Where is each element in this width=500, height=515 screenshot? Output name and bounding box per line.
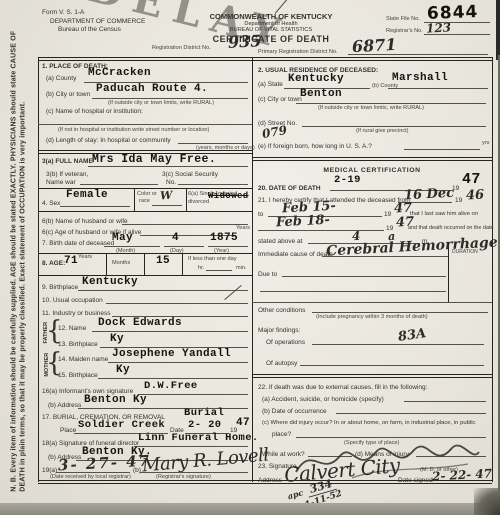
mother-name-value: Josephene Yandall [112,349,231,360]
scan-bottom-edge [0,503,500,515]
hospital-label: (c) Name of hospital or institution: [46,109,143,116]
date-of-death-value: 2-19 [334,175,361,186]
date-signed-value: 2- 22- 47 [432,467,493,482]
color-value: W [160,190,173,202]
marital-label-2: divorced [188,200,209,206]
hour-value: 4 [352,230,361,242]
less-than-day-label: If less than one day [188,257,237,263]
certificate-title: CERTIFICATE OF DEATH [196,35,346,44]
informant-signature-value: D.W.Free [144,381,198,392]
registrar-no-value: 123 [426,21,452,34]
stay-label: (d) Length of stay: In hospital or commu… [46,138,171,145]
birth-month-value: May [112,233,133,244]
birthplace-label: 9. Birthplace [42,285,78,292]
medical-certification-title: MEDICAL CERTIFICATION [252,168,492,175]
city-note: (If outside city or town limits, write R… [108,101,214,107]
ssn-no-label: No. [166,180,176,187]
mother-birthplace-label: 15. Birthplace [58,373,98,380]
duration-label: DURATION [452,250,478,255]
father-birthplace-value: Ky [110,334,124,345]
age-years-value: 71 [64,256,78,267]
due-to-label: Due to [258,272,277,279]
city-label: (b) City or town [46,92,90,99]
scan-corner-shadow [474,488,500,515]
date-of-death-label: 20. DATE OF DEATH [258,186,321,193]
reg-district-value: 935 [228,33,262,51]
birth-year-value: 1875 [210,233,238,244]
residence-state-value: Kentucky [288,74,344,85]
last-seen-value: Feb 18- [276,214,331,230]
birth-day-value: 4 [172,233,179,244]
state-file-label: State File No. [386,17,420,23]
street-no-value: 079 [261,124,288,140]
color-label-2: race [139,199,150,205]
sex-value: Female [66,190,108,201]
birthplace-value: Kentucky [82,277,138,288]
ssn-label: 3(c) Social Security [162,172,218,179]
attended-from-year: 46 [466,189,485,203]
annotation-pre: apc [286,487,304,501]
registrar-no-label: Registrar's No. [386,29,423,35]
war-label: Name war [46,180,76,187]
external-causes-title: 22. If death was due to external causes,… [258,385,427,392]
full-name-value: Mrs Ida May Free. [92,154,216,166]
county-value: McCracken [88,68,151,79]
other-conditions-note: (Include pregnancy within 3 months of de… [316,315,428,321]
city-value: Paducah Route 4. [96,84,208,95]
date-received-caption: (Date received by local registrar) [50,475,131,481]
external-b-label: (b) Date of occurrence [262,409,327,416]
external-c-label-2: place? [272,432,291,439]
to-label: to [258,212,263,219]
age-years-caption: Years [78,255,92,261]
last-saw-label: that I last saw him alive on [410,212,478,218]
mother-birthplace-value: Ky [116,365,130,376]
residence-city-note: (If outside city or town limits, write R… [318,106,424,112]
county-label: (a) County [46,76,76,83]
funeral-director-value: Linn Funeral Home. [138,433,259,444]
margin-instruction-note: N. B. Every item of information should b… [10,30,28,492]
primary-district-value: 6871 [352,37,397,55]
scan-right-edge-dark [496,0,500,60]
color-label-1: Color or [137,192,157,198]
burial-date-value: 2- 20 [188,420,222,431]
min-label: min. [236,266,247,272]
hospital-note: (If not in hospital or institution write… [58,128,209,134]
mother-name-label: 14. Maiden name [58,357,108,364]
autopsy-label: Of autopsy [266,361,297,368]
residence-city-value: Benton [300,89,342,100]
street-note: (If rural give precinct) [356,129,409,135]
from-pre19: 19 [455,198,462,205]
pencil-check [224,285,241,300]
registrar-signature-caption: (Registrar's signature) [156,475,211,481]
father-name-label: 12. Name [58,326,86,333]
residence-county-value: Marshall [392,73,448,84]
age-days-value: 15 [156,256,170,267]
operations-finding-value: 83A [397,327,427,344]
father-birthplace-label: 13. Birthplace [58,342,98,349]
bureau-line: Bureau of the Census [58,27,121,34]
external-c-label-1: (c) Where did injury occur? In or about … [262,421,475,427]
foreign-unit-label: yrs [482,141,489,147]
burial-year-value: 47 [236,418,250,429]
father-name-value: Dock Edwards [98,318,182,329]
veteran-label: 3(b) If veteran, [46,172,88,179]
hr-label: hr. [198,266,204,272]
commonwealth-title: COMMONWEALTH OF KENTUCKY [196,13,346,21]
physician-address-label: Address [258,478,282,485]
sex-label: 4. Sex [42,201,60,208]
death-certificate-scan: N. B. Every item of information should b… [0,0,500,515]
spouse-age-unit: Years [236,226,250,232]
other-conditions-label: Other conditions [258,308,305,315]
months-label: Months [112,261,130,267]
stated-above-label: stated above at [258,239,302,246]
informant-address-value: Benton Ky [84,395,147,406]
state-file-number-stamp: 6844 [427,4,479,23]
residence-state-label: (a) State [258,82,283,89]
vital-stats-line: BUREAU OF VITAL STATISTICS [196,28,346,34]
death-occurred-label: and that death occurred on the date [408,226,493,231]
age-label: 8. AGE: [42,261,65,268]
operations-label: Of operations [266,340,305,347]
form-number: Form V. S. 1-A [42,10,84,17]
external-a-label: (a) Accident, suicide, or homicide (spec… [262,397,384,404]
burial-type-value: Burial [184,408,224,419]
husband-label: 6(b) Name of husband or wife [42,219,128,226]
dod-year-value: 47 [462,172,481,187]
occupation-label: 10. Usual occupation [42,298,103,305]
marital-value: Widowed [208,192,249,201]
foreign-born-label: (e) If foreign born, how long in U. S. A… [258,144,372,151]
informant-address-label: (b) Address [48,403,81,410]
full-name-label: 3(a) FULL NAME [42,159,93,166]
reg-district-label: Registration District No. [152,46,211,52]
date-signed-label: Date signed [398,478,433,485]
to-pre19: 19 [384,212,391,219]
major-findings-label: Major findings: [258,328,300,335]
primary-district-label: Primary Registration District No. [258,50,338,56]
burial-place-value: Soldier Creek [78,420,165,431]
